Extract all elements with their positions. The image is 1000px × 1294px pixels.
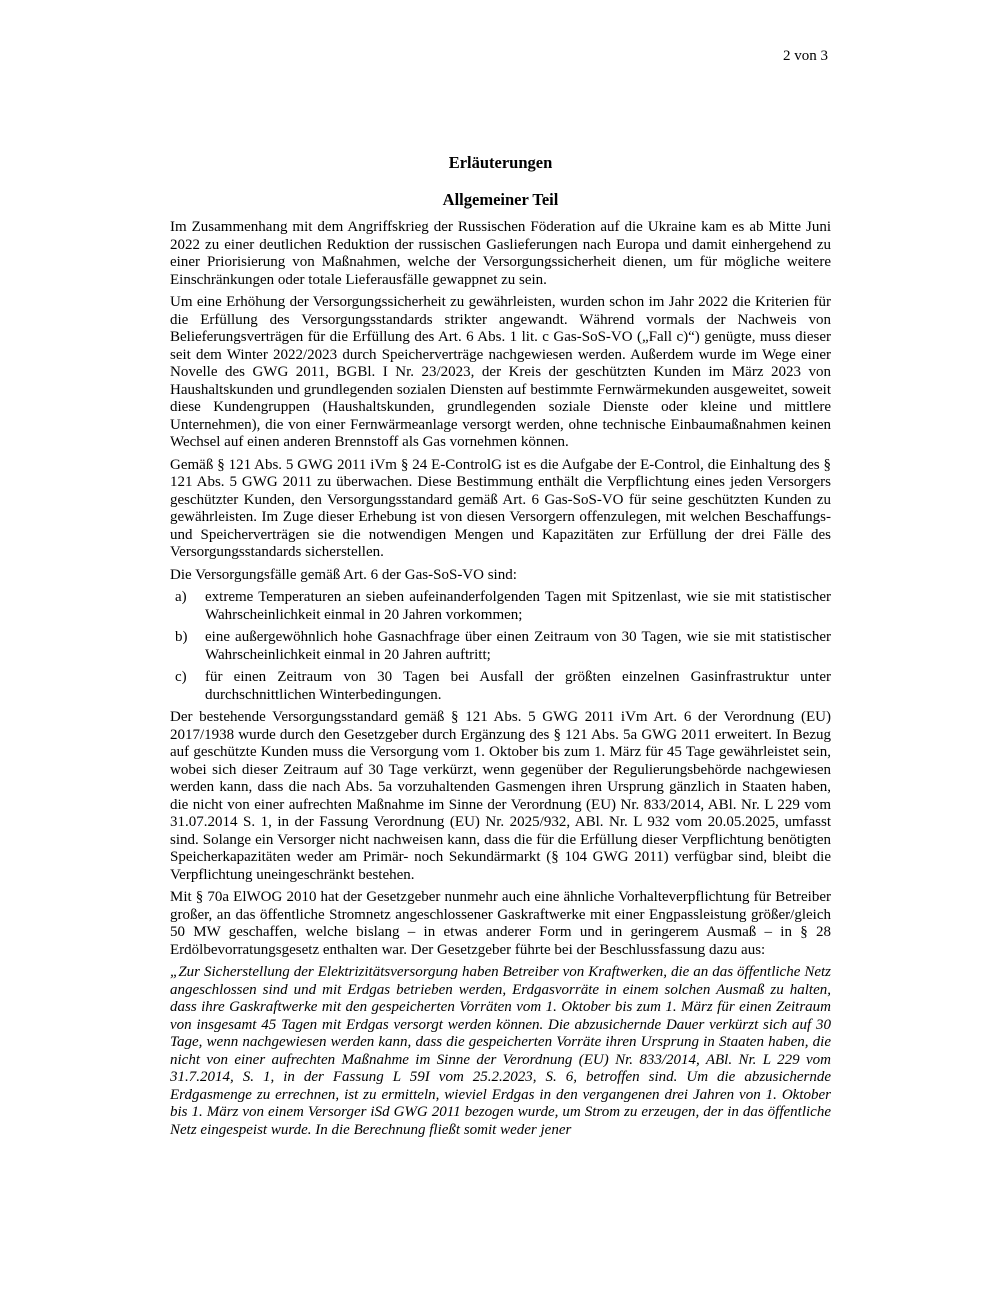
list-item-text: extreme Temperaturen an sieben aufeinand… (205, 589, 831, 623)
document-content: Erläuterungen Allgemeiner Teil Im Zusamm… (170, 152, 831, 1139)
paragraph-list-intro: Die Versorgungsfälle gemäß Art. 6 der Ga… (170, 567, 831, 585)
list-item-label: a) (175, 589, 187, 607)
paragraph-supply-standard-criteria: Um eine Erhöhung der Versorgungssicherhe… (170, 294, 831, 452)
legislative-quote: „Zur Sicherstellung der Elektrizitätsver… (170, 964, 831, 1139)
page-number: 2 von 3 (783, 47, 828, 65)
section-heading-general-part: Allgemeiner Teil (170, 189, 831, 210)
list-item-text: für einen Zeitraum von 30 Tagen bei Ausf… (205, 669, 831, 703)
paragraph-elwog-obligation: Mit § 70a ElWOG 2010 hat der Gesetzgeber… (170, 889, 831, 959)
list-item-label: b) (175, 629, 188, 647)
paragraph-e-control-duty: Gemäß § 121 Abs. 5 GWG 2011 iVm § 24 E-C… (170, 457, 831, 562)
supply-cases-list: a)extreme Temperaturen an sieben aufeina… (170, 589, 831, 704)
document-page: 2 von 3 Erläuterungen Allgemeiner Teil I… (0, 0, 1000, 1294)
list-item-b: b)eine außergewöhnlich hohe Gasnachfrage… (170, 629, 831, 664)
paragraph-standard-extension: Der bestehende Versorgungsstandard gemäß… (170, 709, 831, 884)
list-item-a: a)extreme Temperaturen an sieben aufeina… (170, 589, 831, 624)
list-item-c: c)für einen Zeitraum von 30 Tagen bei Au… (170, 669, 831, 704)
list-item-text: eine außergewöhnlich hohe Gasnachfrage ü… (205, 629, 831, 663)
document-title: Erläuterungen (170, 152, 831, 173)
list-item-label: c) (175, 669, 187, 687)
paragraph-ukraine-context: Im Zusammenhang mit dem Angriffskrieg de… (170, 219, 831, 289)
